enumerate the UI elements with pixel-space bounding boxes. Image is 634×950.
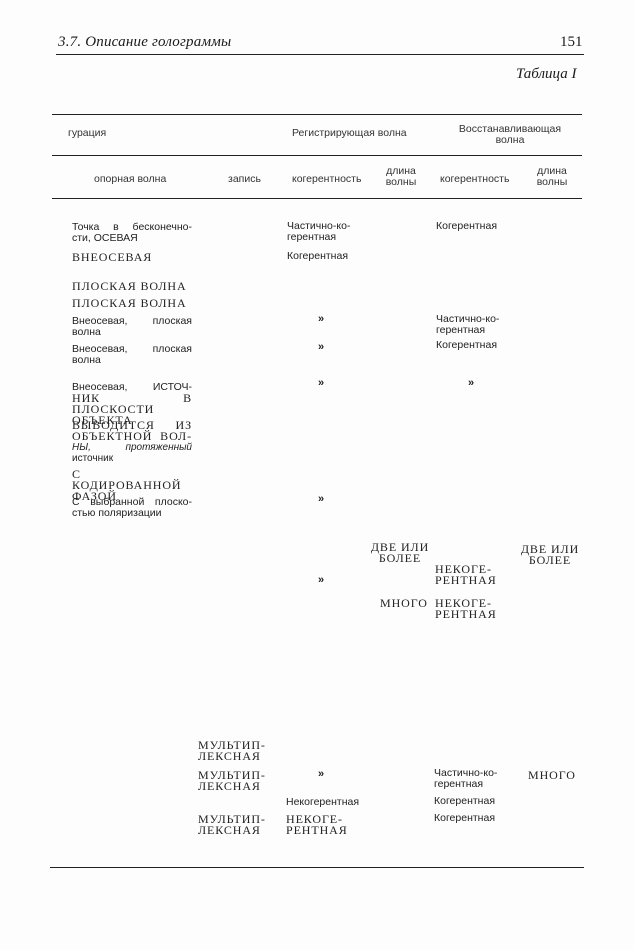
row-2-reference-wave: ПЛОСКАЯ ВОЛНА (72, 281, 187, 292)
subheader-reference-wave: опорная волна (94, 174, 166, 185)
row-15-recon-coherence: Когерентная (434, 796, 495, 807)
table-top-rule (52, 114, 582, 115)
table-bottom-rule (50, 867, 584, 868)
text-line: РЕНТНАЯ (435, 575, 497, 586)
table-subheader-rule (52, 198, 582, 199)
table-header-rule (52, 155, 582, 156)
text-line: герентная (436, 325, 499, 336)
text-line: герентная (434, 779, 497, 790)
row-7-reference-wave: ВЫВОДИТСЯ ИЗ ОБЪЕКТНОЙ ВОЛ- НЫ, протяжен… (72, 420, 192, 464)
text-line: источник (72, 453, 192, 464)
row-11-rec-coherence-ditto: » (318, 575, 324, 586)
row-10-rec-wavelength: ДВЕ ИЛИ БОЛЕЕ (370, 542, 430, 564)
row-4-recon-coherence: Частично-ко- герентная (436, 314, 499, 336)
text-line: С КОДИРОВАННОЙ (72, 469, 194, 491)
row-5-rec-coherence-ditto: » (318, 342, 324, 353)
row-4-rec-coherence-ditto: » (318, 314, 324, 325)
row-15-rec-coherence: Некогерентная (286, 797, 359, 808)
subheader-recording: запись (228, 174, 261, 185)
row-0-rec-coherence: Частично-ко- герентная (287, 221, 350, 243)
row-1-rec-coherence: Когерентная (287, 251, 348, 262)
row-5-recon-coherence: Когерентная (436, 340, 497, 351)
row-9-reference-wave: С выбранной плоско- стью поляризации (72, 497, 192, 519)
text-line: НЫ, протяженный (72, 442, 192, 453)
text-line: РЕНТНАЯ (286, 825, 348, 836)
row-12-recon-coherence: НЕКОГЕ- РЕНТНАЯ (435, 598, 497, 620)
text-line: ЛЕКСНАЯ (198, 825, 266, 836)
row-1-reference-wave: ВНЕОСЕВАЯ (72, 252, 152, 263)
row-14-recon-coherence: Частично-ко- герентная (434, 768, 497, 790)
row-4-reference-wave: Внеосевая, плоская волна (72, 316, 192, 338)
row-12-rec-wavelength: МНОГО (380, 598, 428, 609)
row-0-reference-wave-2: сти, ОСЕВАЯ (72, 233, 138, 244)
header-configuration: гурация (68, 128, 106, 139)
row-13-recording: МУЛЬТИП- ЛЕКСНАЯ (198, 740, 266, 762)
row-6-rec-coherence-ditto: » (318, 378, 324, 389)
text-line: РЕНТНАЯ (435, 609, 497, 620)
header-reconstruction-wave: Восстанавливающая волна (440, 124, 580, 146)
header-rule (56, 54, 584, 55)
text-line: ЛЕКСНАЯ (198, 781, 266, 792)
subheader-rec-wavelength: длина волны (380, 166, 422, 188)
row-16-recording: МУЛЬТИП- ЛЕКСНАЯ (198, 814, 266, 836)
text-line: ОБЪЕКТНОЙ ВОЛ- (72, 431, 192, 442)
header-recording-wave: Регистрирующая волна (292, 128, 434, 139)
page-number: 151 (560, 34, 583, 51)
subheader-recon-coherence: когерентность (440, 174, 509, 185)
row-14-recording: МУЛЬТИП- ЛЕКСНАЯ (198, 770, 266, 792)
text-line: БОЛЕЕ (518, 555, 582, 566)
text-line: волна (72, 355, 192, 366)
text-line: НИК В ПЛОСКОСТИ (72, 393, 192, 415)
text-line: герентная (287, 232, 350, 243)
row-10-recon-wavelength: ДВЕ ИЛИ БОЛЕЕ (518, 544, 582, 566)
row-16-recon-coherence: Когерентная (434, 813, 495, 824)
text-line: стью поляризации (72, 508, 192, 519)
section-title: 3.7. Описание голограммы (58, 34, 231, 51)
row-5-reference-wave: Внеосевая, плоская волна (72, 344, 192, 366)
subheader-rec-coherence: когерентность (292, 174, 361, 185)
row-6-recon-coherence-ditto: » (468, 378, 474, 389)
subheader-recon-wavelength-line2: волны (530, 177, 574, 188)
text-line: ЛЕКСНАЯ (198, 751, 266, 762)
table-caption: Таблица I (516, 66, 576, 83)
row-11-recon-coherence: НЕКОГЕ- РЕНТНАЯ (435, 564, 497, 586)
row-14-rec-coherence-ditto: » (318, 769, 324, 780)
row-16-rec-coherence: НЕКОГЕ- РЕНТНАЯ (286, 814, 348, 836)
row-9-rec-coherence-ditto: » (318, 494, 324, 505)
text-line: БОЛЕЕ (370, 553, 430, 564)
row-14-recon-wavelength: МНОГО (528, 770, 576, 781)
text-line: волна (72, 327, 192, 338)
subheader-rec-wavelength-line2: волны (380, 177, 422, 188)
row-0-recon-coherence: Когерентная (436, 221, 497, 232)
header-reconstruction-line2: волна (440, 135, 580, 146)
row-3-reference-wave: ПЛОСКАЯ ВОЛНА (72, 298, 187, 309)
subheader-recon-wavelength: длина волны (530, 166, 574, 188)
